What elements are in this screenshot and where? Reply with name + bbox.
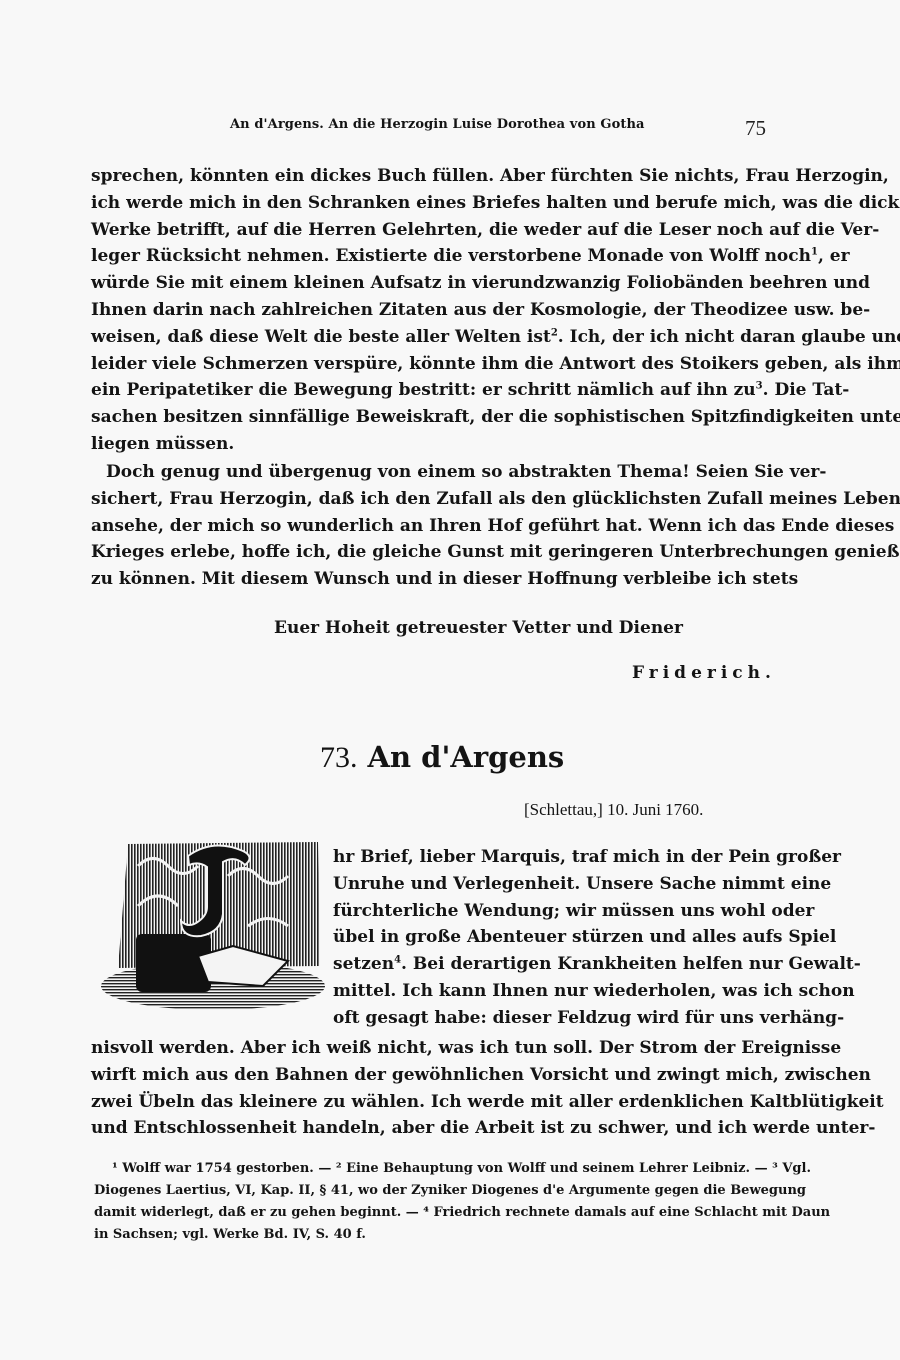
text-line: sachen besitzen sinnfällige Beweiskraft,… [91,404,781,431]
text-line: hr Brief, lieber Marquis, traf mich in d… [333,844,781,871]
text-line: sprechen, könnten ein dickes Buch füllen… [91,163,781,190]
text-line: würde Sie mit einem kleinen Aufsatz in v… [91,270,781,297]
closing-formula: Euer Hoheit getreuester Vetter und Diene… [274,618,683,638]
footnote-mark[interactable]: 3 [756,381,763,392]
text-line: ich werde mich in den Schranken eines Br… [91,190,781,217]
footnote-line: Diogenes Laertius, VI, Kap. II, § 41, wo… [94,1180,774,1202]
letter-body-continued: nisvoll werden. Aber ich weiß nicht, was… [91,1035,781,1142]
text-line: Krieges erlebe, hoffe ich, die gleiche G… [91,539,781,566]
page-number: 75 [745,116,766,141]
text-line: wirft mich aus den Bahnen der gewöhnlich… [91,1062,781,1089]
text-line: fürchterliche Wendung; wir müssen uns wo… [333,898,781,925]
text-line: Werke betrifft, auf die Herren Gelehrten… [91,217,781,244]
engraving-icon: J [98,836,325,1014]
text-line: Unruhe und Verlegenheit. Unsere Sache ni… [333,871,781,898]
footnote-line: ¹ Wolff war 1754 gestorben. — ² Eine Beh… [94,1158,774,1180]
text-line: übel in große Abenteuer stürzen und alle… [333,924,781,951]
text-line: zwei Übeln das kleinere zu wählen. Ich w… [91,1089,781,1116]
footnote-mark[interactable]: 1 [811,247,818,258]
footnote-line: damit widerlegt, daß er zu gehen beginnt… [94,1202,774,1224]
letter-body-dropcap: hr Brief, lieber Marquis, traf mich in d… [333,844,781,1032]
footnote-line: in Sachsen; vgl. Werke Bd. IV, S. 40 f. [94,1224,774,1246]
text-line: leger Rücksicht nehmen. Existierte die v… [91,243,781,270]
dateline: [Schlettau,] 10. Juni 1760. [524,800,703,820]
text-line: sichert, Frau Herzogin, daß ich den Zufa… [91,486,781,513]
text-line: ansehe, der mich so wunderlich an Ihren … [91,513,781,540]
text-line: nisvoll werden. Aber ich weiß nicht, was… [91,1035,781,1062]
signature: Friderich. [632,663,776,683]
letter-title: An d'Argens [368,740,565,774]
text-line: ein Peripatetiker die Bewegung bestritt:… [91,377,781,404]
letter-heading: 73.An d'Argens [320,740,564,775]
paragraph-1: sprechen, könnten ein dickes Buch füllen… [91,163,781,458]
decorative-initial-image: J [98,836,325,1014]
text-line: Ihnen darin nach zahlreichen Zitaten aus… [91,297,781,324]
text-line: Doch genug und übergenug von einem so ab… [91,459,781,486]
letter-number: 73. [320,741,358,774]
text-line: und Entschlossenheit handeln, aber die A… [91,1115,781,1142]
text-line: liegen müssen. [91,431,781,458]
footnote-mark[interactable]: 2 [551,327,558,338]
text-line: oft gesagt habe: dieser Feldzug wird für… [333,1005,781,1032]
footnote-mark[interactable]: 4 [394,955,401,966]
text-line: mittel. Ich kann Ihnen nur wiederholen, … [333,978,781,1005]
text-line: setzen4. Bei derartigen Krankheiten helf… [333,951,781,978]
footnotes: ¹ Wolff war 1754 gestorben. — ² Eine Beh… [94,1158,774,1246]
text-line: weisen, daß diese Welt die beste aller W… [91,324,781,351]
running-head: An d'Argens. An die Herzogin Luise Dorot… [230,117,640,132]
paragraph-2: Doch genug und übergenug von einem so ab… [91,459,781,593]
text-line: zu können. Mit diesem Wunsch und in dies… [91,566,781,593]
text-line: leider viele Schmerzen verspüre, könnte … [91,351,781,378]
